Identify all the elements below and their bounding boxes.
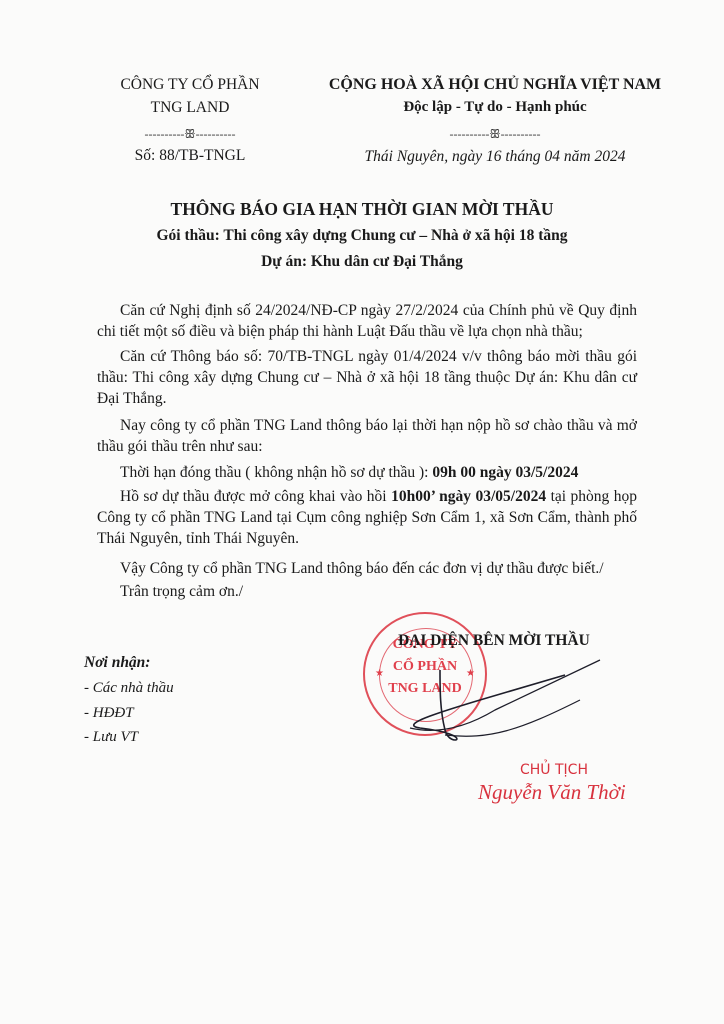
paragraph-notice: Vậy Công ty cổ phần TNG Land thông báo đ…: [97, 558, 637, 579]
recipient-item: - Lưu VT: [84, 729, 138, 746]
opening-label: Hồ sơ dự thầu được mở công khai vào hồi: [120, 488, 391, 505]
chairman-name: Nguyễn Văn Thời: [478, 780, 626, 805]
project-name: Dự án: Khu dân cư Đại Thắng: [60, 253, 664, 271]
closing-time-value: 09h 00 ngày 03/5/2024: [432, 464, 578, 481]
paragraph-announcement: Nay công ty cổ phần TNG Land thông báo l…: [97, 415, 637, 457]
paragraph-closing-time: Thời hạn đóng thầu ( không nhận hồ sơ dự…: [97, 462, 637, 483]
place-date: Thái Nguyên, ngày 16 tháng 04 năm 2024: [305, 148, 685, 166]
paragraph-opening: Hồ sơ dự thầu được mở công khai vào hồi …: [97, 486, 637, 549]
package-name: Gói thầu: Thi công xây dựng Chung cư – N…: [60, 227, 664, 245]
signature-scribble: [400, 640, 620, 750]
document-title: THÔNG BÁO GIA HẠN THỜI GIAN MỜI THẦU: [60, 199, 664, 220]
paragraph-thanks: Trân trọng cảm ơn./: [97, 581, 637, 602]
recipient-item: - Các nhà thầu: [84, 680, 174, 697]
left-divider: ----------ꕥ----------: [90, 127, 290, 142]
right-divider: ----------ꕥ----------: [305, 127, 685, 142]
national-motto: Độc lập - Tự do - Hạnh phúc: [305, 99, 685, 116]
opening-time-value: 10h00’ ngày 03/05/2024: [391, 488, 546, 505]
country-name: CỘNG HOÀ XÃ HỘI CHỦ NGHĨA VIỆT NAM: [305, 76, 685, 94]
recipients-heading: Nơi nhận:: [84, 654, 150, 672]
company-name-line1: CÔNG TY CỔ PHẦN: [90, 76, 290, 94]
paragraph-legal-basis-2: Căn cứ Thông báo số: 70/TB-TNGL ngày 01/…: [97, 346, 637, 409]
closing-time-label: Thời hạn đóng thầu ( không nhận hồ sơ dự…: [120, 464, 432, 481]
company-name-line2: TNG LAND: [90, 99, 290, 117]
chairman-title: CHỦ TỊCH: [520, 762, 588, 778]
document-number: Số: 88/TB-TNGL: [90, 147, 290, 165]
recipient-item: - HĐĐT: [84, 705, 134, 722]
paragraph-legal-basis-1: Căn cứ Nghị định số 24/2024/NĐ-CP ngày 2…: [97, 300, 637, 342]
